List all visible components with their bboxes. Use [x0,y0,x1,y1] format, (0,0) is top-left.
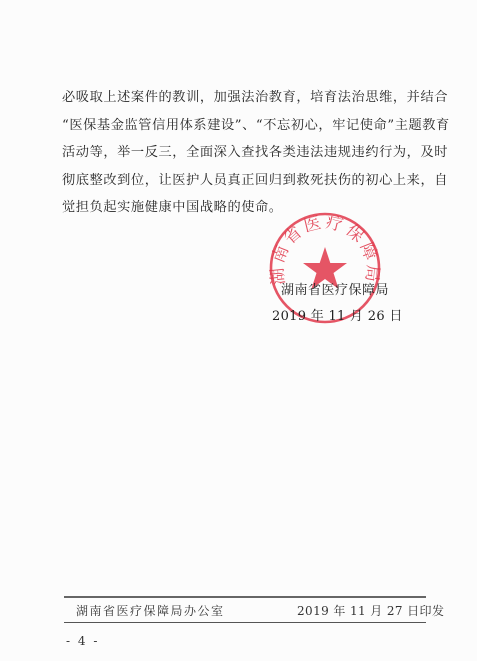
footer-issue-date: 2019 年 11 月 27 日印发 [297,602,444,619]
body-paragraph: 必吸取上述案件的教训，加强法治教育，培育法治思维，并结合 “医保基金监管信用体系… [62,84,432,222]
paragraph-line: 彻底整改到位，让医护人员真正回归到救死扶伤的初心上来，自 [62,167,432,195]
paragraph-line: “医保基金监管信用体系建设”、“不忘初心，牢记使命”主题教育 [62,112,432,140]
footer-bottom-rule [64,622,426,623]
paragraph-line: 必吸取上述案件的教训，加强法治教育，培育法治思维，并结合 [62,84,432,112]
signature-org: 湖南省医疗保障局 [281,279,389,298]
signature-date: 2019 年 11 月 26 日 [272,305,403,324]
footer-issuer: 湖南省医疗保障局办公室 [76,602,225,619]
page-number: - 4 - [66,634,99,648]
paragraph-line: 活动等，举一反三，全面深入查找各类违法违规违约行为，及时 [62,139,432,167]
document-page: 必吸取上述案件的教训，加强法治教育，培育法治思维，并结合 “医保基金监管信用体系… [0,0,477,661]
footer-top-rule [64,596,426,598]
